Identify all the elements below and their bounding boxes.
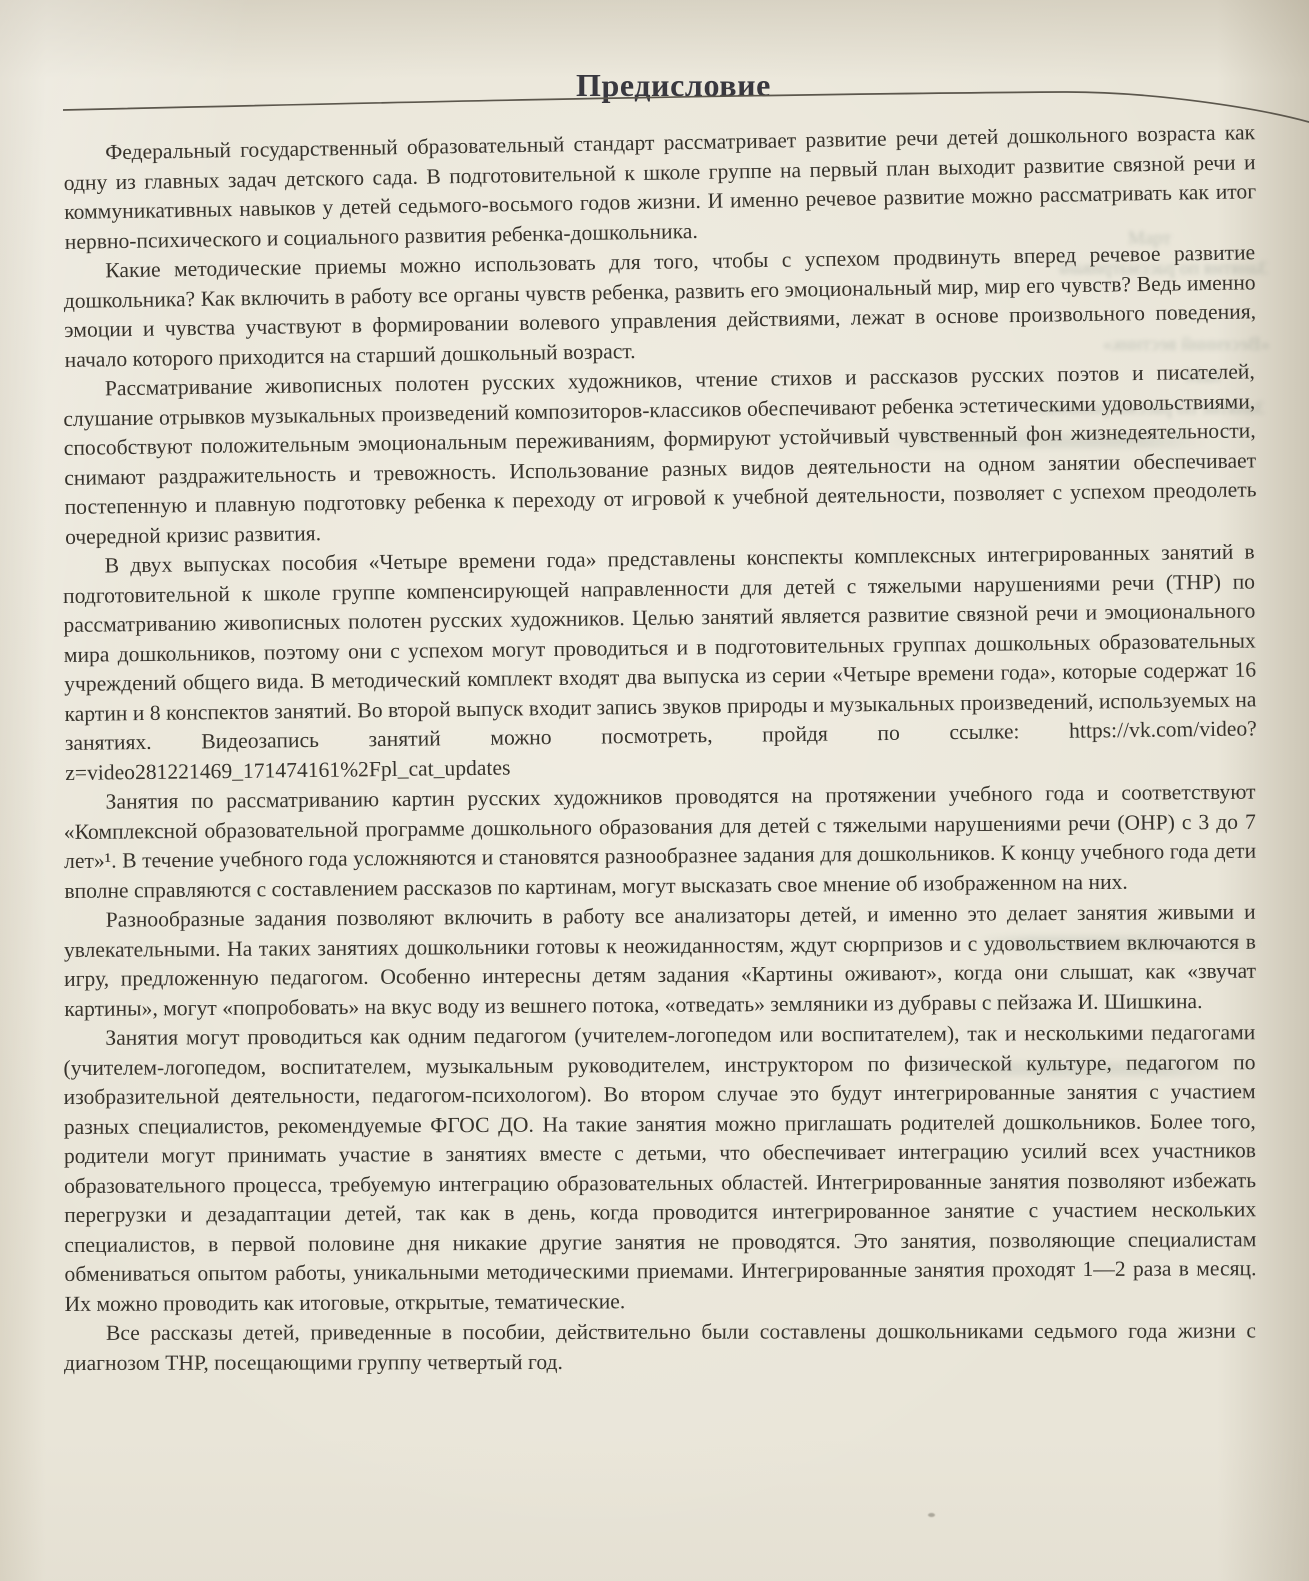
preface-paragraph: Федеральный государственный образователь… — [63, 118, 1257, 257]
preface-paragraph: Рассматривание живописных полотен русски… — [63, 357, 1257, 552]
paper-speck — [928, 1513, 935, 1517]
preface-paragraph: Какие методические приемы можно использо… — [63, 238, 1257, 375]
preface-paragraph: В двух выпусках пособия «Четыре времени … — [63, 537, 1258, 788]
preface-paragraph: Все рассказы детей, приведенные в пособи… — [64, 1317, 1256, 1378]
preface-paragraph: Разнообразные задания позволяют включить… — [64, 898, 1257, 1024]
preface-paragraph: Занятия по рассматриванию картин русских… — [63, 778, 1256, 906]
scanned-page-background: Март Занятия по рассматриванию «Весенний… — [0, 0, 1309, 1581]
preface-body: Федеральный государственный образователь… — [64, 139, 1256, 1378]
preface-paragraph: Занятия могут проводиться как одним педа… — [63, 1018, 1256, 1319]
